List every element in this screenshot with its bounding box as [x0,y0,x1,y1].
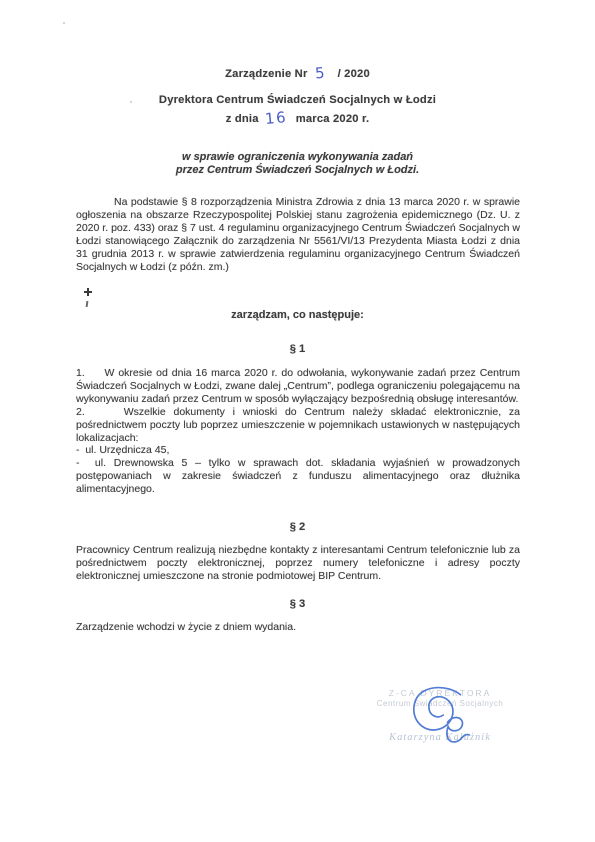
subject-line-2: przez Centrum Świadczeń Socjalnych w Łod… [0,164,595,176]
signature-block: Z-CA DYREKTORA Centrum Świadczeń Socjaln… [340,682,540,777]
issuer-line: Dyrektora Centrum Świadczeń Socjalnych w… [0,94,595,106]
location-item-2: - ul. Drewnowska 5 – tylko w sprawach do… [76,457,520,496]
section-1-item-2: 2. Wszelkie dokumenty i wnioski do Centr… [76,406,520,445]
enacting-clause: zarządzam, co następuje: [0,309,595,321]
handwritten-order-number: 5 [314,64,327,83]
scan-artifact [86,301,89,307]
section-3-body: Zarządzenie wchodzi w życie z dniem wyda… [76,621,520,634]
date-line: z dnia16marca 2020 r. [0,108,595,126]
scan-artifact [84,288,92,296]
location-item-1: - ul. Urzędnicza 45, [76,444,520,457]
section-3-heading: § 3 [0,598,595,610]
section-2-heading: § 2 [0,521,595,533]
handwritten-day-number: 16 [264,108,288,128]
legal-basis-paragraph: Na podstawie § 8 rozporządzenia Ministra… [76,196,520,273]
title-suffix: / 2020 [338,68,370,80]
section-1-item-1: 1. W okresie od dnia 16 marca 2020 r. do… [76,367,520,406]
section-1-heading: § 1 [0,343,595,355]
date-suffix: marca 2020 r. [296,113,370,125]
date-prefix: z dnia [226,113,259,125]
section-1-body: 1. W okresie od dnia 16 marca 2020 r. do… [76,367,520,496]
scan-artifact [130,101,132,103]
section-2-body: Pracownicy Centrum realizują niezbędne k… [76,544,520,583]
subject-line-1: w sprawie ograniczenia wykonywania zadań [0,151,595,163]
scanned-document-page: Zarządzenie Nr5/ 2020 Dyrektora Centrum … [0,0,595,842]
scan-artifact [63,22,65,24]
title-prefix: Zarządzenie Nr [225,68,307,80]
document-title-line: Zarządzenie Nr5/ 2020 [0,63,595,81]
handwritten-signature-scribble [399,680,487,754]
